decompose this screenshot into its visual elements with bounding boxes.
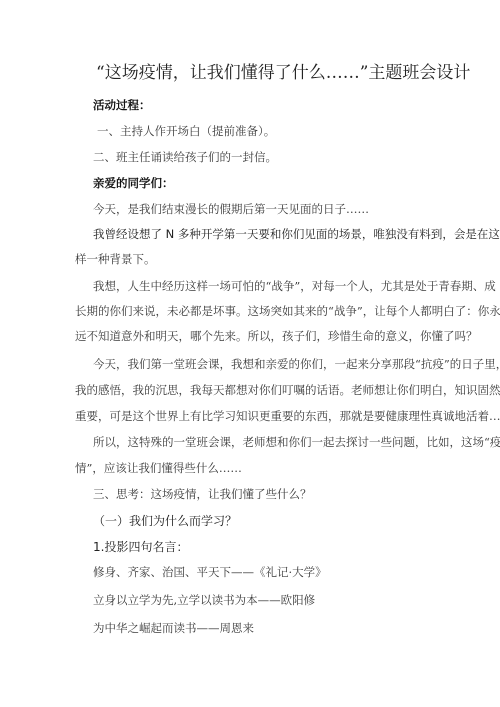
letter-paragraph-1: 今天，是我们结束漫长的假期后第一天见面的日子…… <box>93 201 369 217</box>
letter-paragraph-3-line-3: 远不知道意外和明天，哪个先来。所以，孩子们，珍惜生命的意义，你懂了吗？ <box>75 328 478 344</box>
quote-2: 立身以立学为先,立学以读书为本——欧阳修 <box>93 592 315 608</box>
letter-paragraph-4-line-3: 重要，可是这个世界上有比学习知识更重要的东西，那就是要健康理性真诚地活着…… <box>75 408 500 424</box>
step-1: 一、主持人作开场白（提前准备）。 <box>97 123 275 139</box>
step-2: 二、班主任诵读给孩子们的一封信。 <box>93 149 277 165</box>
step-3: 三、思考：这场疫情，让我们懂了些什么？ <box>93 486 312 502</box>
letter-greeting: 亲爱的同学们： <box>93 175 174 191</box>
letter-paragraph-2-line-1: 我曾经设想了 N 多种开学第一天要和你们见面的场景，唯独没有料到，会是在这 <box>93 226 500 242</box>
quote-3: 为中华之崛起而读书——周恩来 <box>93 620 254 636</box>
subsection-heading: （一）我们为什么而学习？ <box>93 512 237 529</box>
letter-paragraph-3-line-2: 长期的你们来说，未必都是坏事。这场突如其来的“战争”，让每个人都明白了：你永 <box>75 303 500 319</box>
letter-paragraph-3-line-1: 我想，人生中经历这样一场可怕的“战争”，对每一个人，尤其是处于青春期、成 <box>93 278 496 294</box>
letter-paragraph-4-line-2: 我的感悟，我的沉思，我每天都想对你们叮嘱的话语。老师想让你们明白，知识固然很 <box>75 382 500 398</box>
document-page: “这场疫情，让我们懂得了什么……”主题班会设计 活动过程： 一、主持人作开场白（… <box>0 0 500 707</box>
section-heading: 活动过程： <box>93 97 151 113</box>
subsection-item-1: 1.投影四句名言： <box>93 538 188 555</box>
quote-1: 修身、齐家、治国、平天下——《礼记·大学》 <box>93 564 327 580</box>
letter-paragraph-2-line-2: 样一种背景下。 <box>75 251 156 267</box>
letter-paragraph-5-line-2: 情”，应该让我们懂得些什么…… <box>75 460 242 476</box>
letter-paragraph-4-line-1: 今天，我们第一堂班会课，我想和亲爱的你们，一起来分享那段“抗疫”的日子里， <box>93 356 500 372</box>
letter-paragraph-5-line-1: 所以，这特殊的一堂班会课，老师想和你们一起去探讨一些问题，比如，这场“疫 <box>93 434 500 450</box>
document-title: “这场疫情，让我们懂得了什么……”主题班会设计 <box>96 58 470 83</box>
